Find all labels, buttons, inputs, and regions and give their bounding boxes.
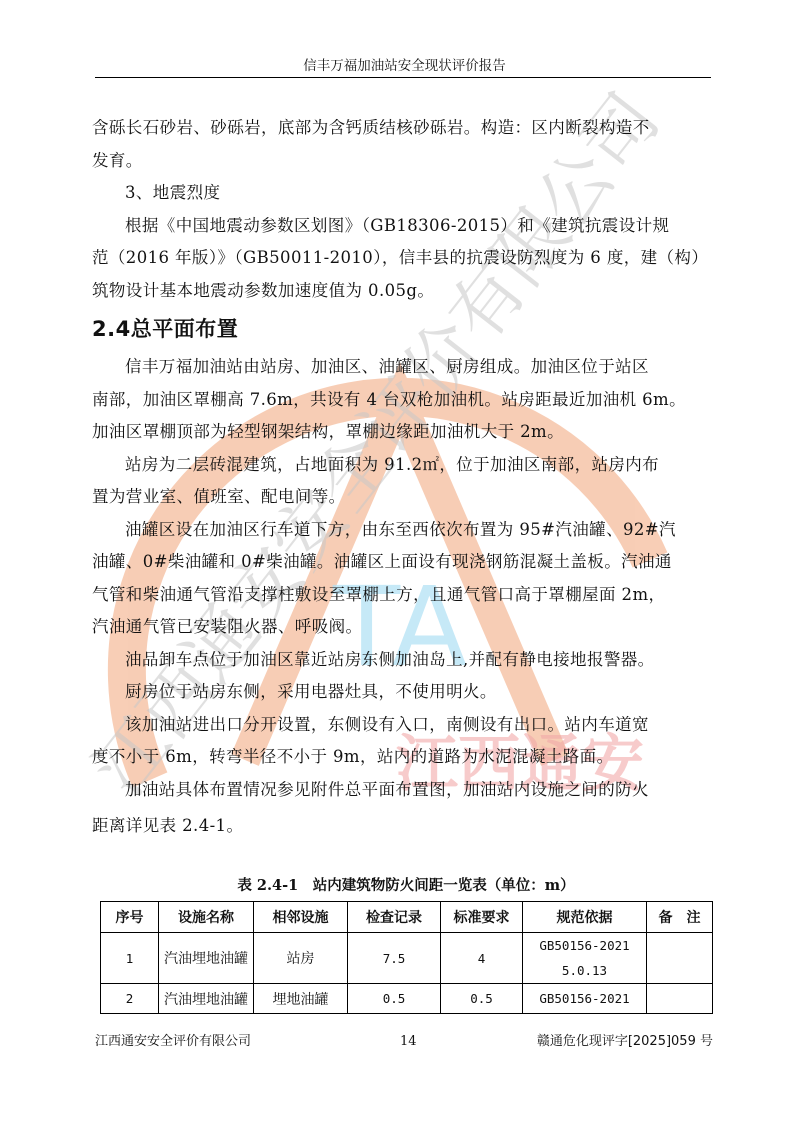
paragraph-line: 根据《中国地震动参数区划图》（GB18306-2015）和《建筑抗震设计规	[92, 210, 717, 243]
table-row: 2 汽油埋地油罐 埋地油罐 0.5 0.5 GB50156-2021	[101, 984, 713, 1014]
footer-report-number: 赣通危化现评字[2025]059 号	[537, 1030, 713, 1049]
cell-adjacent: 埋地油罐	[254, 984, 348, 1014]
paragraph-line: 油罐区设在加油区行车道下方，由东至西依次布置为 95#汽油罐、92#汽	[92, 514, 717, 547]
cell-remark	[647, 984, 713, 1014]
paragraph-line: 汽油通气管已安装阻火器、呼吸阀。	[92, 611, 717, 644]
paragraph-line: 加油区罩棚顶部为轻型钢架结构，罩棚边缘距加油机大于 2m。	[92, 416, 717, 449]
paragraph-line: 气管和柴油通气管沿支撑柱敷设至罩棚上方，且通气管口高于罩棚屋面 2m，	[92, 579, 717, 612]
subheading-seismic: 3、地震烈度	[92, 177, 717, 210]
cell-facility: 汽油埋地油罐	[159, 933, 254, 984]
table-header-row: 序号 设施名称 相邻设施 检查记录 标准要求 规范依据 备 注	[101, 902, 713, 933]
paragraph-line: 含砾长石砂岩、砂砾岩，底部为含钙质结核砂砾岩。构造：区内断裂构造不	[92, 112, 717, 145]
cell-no: 2	[101, 984, 159, 1014]
cell-requirement: 4	[441, 933, 523, 984]
cell-no: 1	[101, 933, 159, 984]
col-header-adjacent: 相邻设施	[254, 902, 348, 933]
paragraph-line: 油品卸车点位于加油区靠近站房东侧加油岛上,并配有静电接地报警器。	[92, 644, 717, 677]
fire-distance-table: 序号 设施名称 相邻设施 检查记录 标准要求 规范依据 备 注 1 汽油埋地油罐…	[100, 901, 713, 1014]
cell-record: 7.5	[348, 933, 441, 984]
cell-basis: GB50156-2021 5.0.13	[523, 933, 647, 984]
cell-basis: GB50156-2021	[523, 984, 647, 1014]
document-body: 含砾长石砂岩、砂砾岩，底部为含钙质结核砂砾岩。构造：区内断裂构造不 发育。 3、…	[92, 112, 717, 843]
table-row: 1 汽油埋地油罐 站房 7.5 4 GB50156-2021 5.0.13	[101, 933, 713, 984]
paragraph-line: 发育。	[92, 145, 717, 178]
cell-adjacent: 站房	[254, 933, 348, 984]
cell-requirement: 0.5	[441, 984, 523, 1014]
paragraph-line: 信丰万福加油站由站房、加油区、油罐区、厨房组成。加油区位于站区	[92, 351, 717, 384]
paragraph-line: 距离详见表 2.4-1。	[92, 810, 717, 843]
table-caption: 表 2.4-1 站内建筑物防火间距一览表（单位：m）	[100, 876, 712, 896]
paragraph-line: 南部，加油区罩棚高 7.6m，共设有 4 台双枪加油机。站房距最近加油机 6m。	[92, 384, 717, 417]
footer-page-number: 14	[400, 1034, 417, 1049]
col-header-no: 序号	[101, 902, 159, 933]
paragraph-line: 加油站具体布置情况参见附件总平面布置图，加油站内设施之间的防火	[92, 774, 717, 807]
paragraph-line: 站房为二层砖混建筑，占地面积为 91.2㎡，位于加油区南部，站房内布	[92, 449, 717, 482]
basis-clause: 5.0.13	[523, 958, 646, 983]
cell-facility: 汽油埋地油罐	[159, 984, 254, 1014]
col-header-requirement: 标准要求	[441, 902, 523, 933]
cell-remark	[647, 933, 713, 984]
paragraph-line: 度不小于 6m，转弯半径不小于 9m，站内的道路为水泥混凝土路面。	[92, 741, 717, 774]
section-heading: 2.4总平面布置	[92, 307, 717, 351]
paragraph-line: 置为营业室、值班室、配电间等。	[92, 481, 717, 514]
page-header-title: 信丰万福加油站安全现状评价报告	[95, 56, 714, 78]
cell-record: 0.5	[348, 984, 441, 1014]
paragraph-line: 筑物设计基本地震动参数加速度值为 0.05g。	[92, 275, 717, 308]
paragraph-line: 油罐、0#柴油罐和 0#柴油罐。油罐区上面设有现浇钢筋混凝土盖板。汽油通	[92, 546, 717, 579]
paragraph-line: 该加油站进出口分开设置，东侧设有入口，南侧设有出口。站内车道宽	[92, 709, 717, 742]
basis-standard: GB50156-2021	[523, 933, 646, 958]
col-header-basis: 规范依据	[523, 902, 647, 933]
col-header-record: 检查记录	[348, 902, 441, 933]
paragraph-line: 范（2016 年版）》（GB50011-2010），信丰县的抗震设防烈度为 6 …	[92, 242, 717, 275]
header-divider	[95, 77, 711, 78]
footer-company: 江西通安安全评价有限公司	[95, 1030, 251, 1049]
paragraph-line: 厨房位于站房东侧，采用电器灶具，不使用明火。	[92, 676, 717, 709]
col-header-facility: 设施名称	[159, 902, 254, 933]
col-header-remark: 备 注	[647, 902, 713, 933]
